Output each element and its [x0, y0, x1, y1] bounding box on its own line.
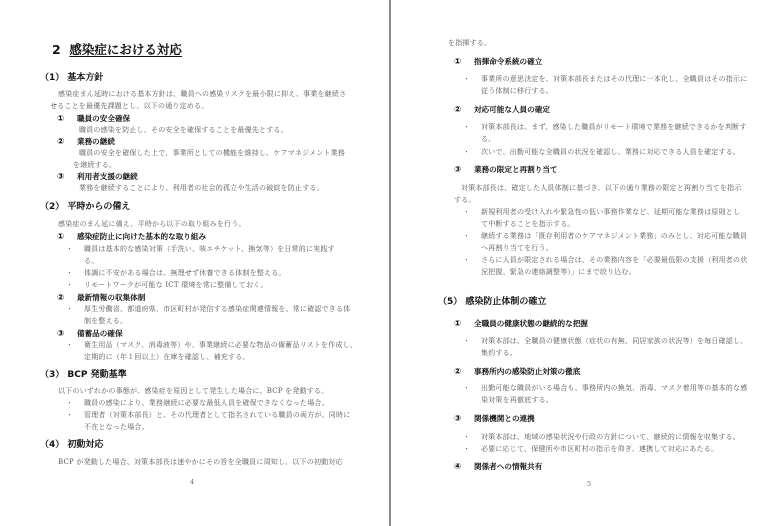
section-3-intro: 以下のいずれかの事態が、感染症を原因として発生した場合に、BCP を発動する。: [58, 386, 328, 396]
bullet-continuation: 況把握、緊急の連絡調整等）」にまで絞り込む。: [481, 267, 636, 277]
chapter-heading: 2 感染症における対応: [52, 40, 182, 58]
item-heading: ③業務の限定と再割り当て: [454, 164, 558, 175]
item-heading: ③関係機関との連携: [454, 413, 535, 424]
bullet-icon: ・: [66, 398, 84, 408]
item-heading: ①感染症防止に向けた基本的な取り組み: [57, 231, 206, 242]
bullet-icon: ・: [463, 74, 481, 84]
item-heading: ①職員の安全確保: [57, 113, 130, 124]
page-4: 2 感染症における対応 （1） 基本方針 感染症まん延時における基本方針は、職員…: [0, 0, 389, 526]
bullet-item: ・リモートワークが可能な ICT 環境を常に整備しておく。: [66, 280, 267, 290]
bullet-icon: ・: [463, 432, 481, 442]
item-marker: ①: [57, 232, 77, 242]
item-title: 全職員の健康状態の継続的な把握: [474, 319, 588, 328]
bullet-icon: ・: [463, 383, 481, 393]
item-heading: ③利用者支援の継続: [57, 171, 138, 182]
section-heading-2: （2） 平時からの備え: [40, 199, 130, 212]
item-marker: ④: [454, 462, 474, 472]
bullet-continuation: て中断することを指示する。: [481, 219, 575, 229]
bullet-continuation: へ再割り当てを行う。: [481, 243, 553, 253]
section-2-intro: 感染症のまん延に備え、平時から以下の取り組みを行う。: [58, 219, 246, 229]
bullet-item: ・新規利用者の受け入れや緊急性の低い事務作業など、延期可能な業務は原則とし: [463, 207, 740, 217]
section-heading-1: （1） 基本方針: [40, 70, 103, 83]
bullet-item: ・さらに人員が限定される場合は、その業務内容を「必要最低限の支援（利用者の状: [463, 255, 747, 265]
bullet-item: ・出勤可能な職員がいる場合も、事務所内の換気、消毒、マスク着用等の基本的な感: [463, 383, 747, 393]
section-1-intro-line-2: せることを最優先課題とし、以下の通り定める。: [50, 101, 208, 111]
item-intro: する。: [454, 195, 476, 205]
item-title: 感染症防止に向けた基本的な取り組み: [77, 232, 206, 241]
item-marker: ①: [454, 319, 474, 329]
bullet-icon: ・: [66, 410, 84, 420]
item-marker: ③: [57, 172, 77, 182]
section-heading-5: （5） 感染防止体制の確立: [438, 294, 546, 307]
item-title: 最新情報の収集体制: [77, 293, 145, 302]
item-marker: ②: [57, 137, 77, 147]
bullet-continuation: 制を整える。: [84, 316, 127, 326]
bullet-icon: ・: [463, 255, 481, 265]
item-title: 関係者への情報共有: [474, 462, 542, 471]
item-title: 業務の限定と再割り当て: [474, 165, 558, 174]
item-marker: ③: [57, 329, 77, 339]
item-title: 職員の安全確保: [77, 114, 130, 123]
item-marker: ①: [57, 114, 77, 124]
bullet-icon: ・: [463, 336, 481, 346]
item-marker: ②: [57, 293, 77, 303]
section-4-intro: BCP が発動した場合、対策本部長は速やかにその旨を全職員に周知し、以下の初動対…: [58, 457, 343, 467]
item-marker: ①: [454, 57, 474, 67]
item-text: を継続する。: [73, 160, 116, 170]
bullet-item: ・対策本部は、全職員の健康状態（症状の有無、同居家族の状況等）を毎日確認し、: [463, 336, 747, 346]
bullet-item: ・衛生用品（マスク、消毒液等）や、事業継続に必要な物品の備蓄品リストを作成し、: [66, 340, 357, 350]
item-title: 利用者支援の継続: [77, 172, 138, 181]
section-heading-4: （4） 初動対応: [40, 437, 103, 450]
item-heading: ③備蓄品の確保: [57, 328, 123, 339]
bullet-icon: ・: [66, 304, 84, 314]
chapter-title: 感染症における対応: [69, 42, 182, 57]
item-marker: ③: [454, 414, 474, 424]
item-text: 職員の安全を確保した上で、事業所としての機能を維持し、ケアマネジメント業務: [79, 148, 345, 158]
bullet-icon: ・: [66, 244, 84, 254]
bullet-continuation: 不在となった場合。: [84, 422, 149, 432]
section-heading-3: （3） BCP 発動基準: [40, 367, 127, 380]
bullet-item: ・継続する業務は「既存利用者のケアマネジメント業務」のみとし、対応可能な職員: [463, 231, 747, 241]
item-text: 職員の感染を防止し、その安全を確保することを最優先とする。: [79, 125, 288, 135]
bullet-continuation: 従う体制に移行する。: [481, 86, 553, 96]
item-heading: ①全職員の健康状態の継続的な把握: [454, 318, 588, 329]
bullet-item: ・体調に不安がある場合は、無理せず休養できる体制を整える。: [66, 268, 286, 278]
bullet-continuation: 染対策を再徹底する。: [481, 395, 553, 405]
bullet-continuation: る。: [481, 134, 495, 144]
item-heading: ②事務所内の感染防止対策の徹底: [454, 366, 580, 377]
bullet-continuation: 定期的に（年１回以上）在庫を確認し、補充する。: [84, 352, 250, 362]
bullet-icon: ・: [463, 122, 481, 132]
item-title: 指揮命令系統の確立: [474, 57, 542, 66]
item-heading: ②最新情報の収集体制: [57, 292, 145, 303]
item-text: 業務を継続することにより、利用者の社会的孤立や生活の破綻を防止する。: [79, 183, 324, 193]
bullet-item: ・厚生労働省、都道府県、市区町村が発信する感染症関連情報を、常に確認できる体: [66, 304, 350, 314]
item-intro: 対策本部長は、確定した人員体制に基づき、以下の通り業務の限定と再割り当てを指示: [461, 183, 742, 193]
bullet-item: ・管理者（対策本部長）と、その代理者として指名されている職員の両方が、同時に: [66, 410, 350, 420]
item-title: 業務の継続: [77, 137, 115, 146]
bullet-icon: ・: [463, 444, 481, 454]
page-number: 4: [190, 478, 194, 486]
bullet-item: ・対策本部は、地域の感染状況や行政の方針について、継続的に情報を収集する。: [463, 432, 740, 442]
item-marker: ②: [454, 105, 474, 115]
item-marker: ③: [454, 165, 474, 175]
item-title: 備蓄品の確保: [77, 329, 123, 338]
page-5: を指揮する。 ①指揮命令系統の確立 ・事業所の意思決定を、対策本部長またはその代…: [391, 0, 780, 526]
bullet-icon: ・: [463, 147, 481, 157]
item-title: 事務所内の感染防止対策の徹底: [474, 367, 580, 376]
item-heading: ④関係者への情報共有: [454, 461, 542, 472]
item-title: 関係機関との連携: [474, 414, 535, 423]
item-marker: ②: [454, 367, 474, 377]
bullet-item: ・次いで、出勤可能な全職員の状況を確認し、業務に対応できる人員を確定する。: [463, 147, 740, 157]
bullet-item: ・事業所の意思決定を、対策本部長またはその代理に一本化し、全職員はその指示に: [463, 74, 747, 84]
bullet-icon: ・: [463, 231, 481, 241]
bullet-icon: ・: [463, 207, 481, 217]
bullet-item: ・必要に応じて、保健所や市区町村の指示を仰ぎ、連携して対応にあたる。: [463, 444, 718, 454]
continuation-text: を指揮する。: [448, 38, 491, 48]
bullet-item: ・対策本部長は、まず、感染した職員がリモート環境で業務を継続できるかを判断す: [463, 122, 747, 132]
document-spread: 2 感染症における対応 （1） 基本方針 感染症まん延時における基本方針は、職員…: [0, 0, 780, 526]
page-number: 5: [587, 480, 591, 488]
bullet-icon: ・: [66, 280, 84, 290]
bullet-icon: ・: [66, 268, 84, 278]
item-heading: ②対応可能な人員の確定: [454, 104, 550, 115]
chapter-number: 2: [52, 42, 61, 57]
bullet-item: ・職員の感染により、業務継続に必要な最低人員を確保できなくなった場合。: [66, 398, 329, 408]
item-heading: ①指揮命令系統の確立: [454, 56, 542, 67]
bullet-continuation: る。: [84, 256, 98, 266]
bullet-continuation: 集約する。: [481, 348, 517, 358]
bullet-item: ・職員は基本的な感染対策（手洗い、咳エチケット、換気等）を日常的に実践す: [66, 244, 335, 254]
item-title: 対応可能な人員の確定: [474, 105, 550, 114]
bullet-icon: ・: [66, 340, 84, 350]
section-1-intro-line-1: 感染症まん延時における基本方針は、職員への感染リスクを最小限に抑え、事業を継続さ: [58, 89, 346, 99]
item-heading: ②業務の継続: [57, 136, 115, 147]
